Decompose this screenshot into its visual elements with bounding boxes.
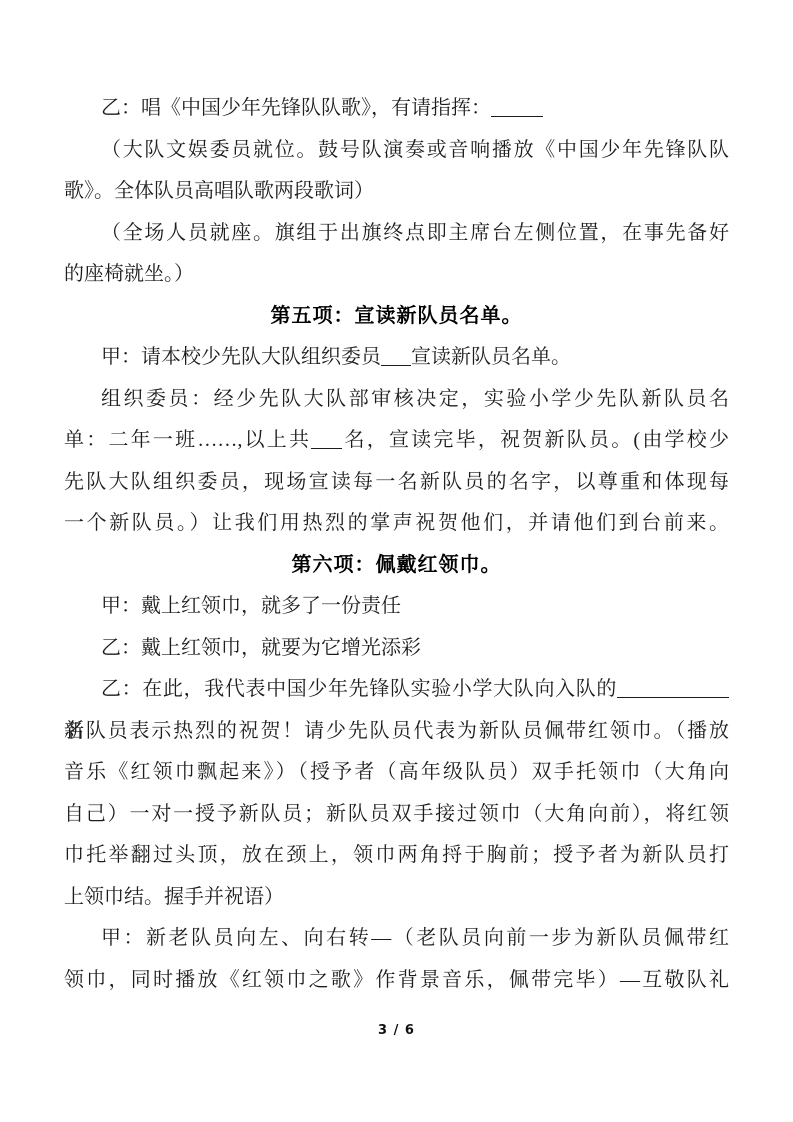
text-line: 自己）一对一授予新队员；新队员双手接过领巾（大角向前），将红领 bbox=[64, 794, 729, 836]
document-body: 乙：唱《中国少年先锋队队歌》，有请指挥：（大队文娱委员就位。鼓号队演奏或音响播放… bbox=[0, 0, 793, 1001]
text-line: 甲：戴上红领巾，就多了一份责任 bbox=[64, 586, 729, 628]
text-run: 自己）一对一授予新队员；新队员双手接过领巾（大角向前），将红领 bbox=[64, 803, 729, 825]
text-run: 上领巾结。握手并祝语） bbox=[64, 886, 284, 908]
text-run: 组织委员：经少先队大队部审核决定，实验小学少先队新队员名 bbox=[101, 388, 729, 410]
fill-in-blank bbox=[491, 102, 543, 117]
text-line: 巾托举翻过头顶，放在颈上，领巾两角捋于胸前；授予者为新队员打 bbox=[64, 835, 729, 877]
text-run: 名，宣读完毕，祝贺新队员。(由学校少 bbox=[342, 429, 729, 451]
text-run: 领巾，同时播放《红领巾之歌》作背景音乐，佩带完毕）—互敬队礼 bbox=[64, 969, 729, 991]
text-run: （大队文娱委员就位。鼓号队演奏或音响播放《中国少年先锋队队 bbox=[101, 139, 729, 161]
fill-in-blank bbox=[381, 351, 411, 366]
section-heading: 第五项：宣读新队员名单。 bbox=[64, 296, 729, 338]
text-line: 乙：戴上红领巾，就要为它增光添彩 bbox=[64, 628, 729, 670]
text-line: 单：二年一班……,以上共名，宣读完毕，祝贺新队员。(由学校少 bbox=[64, 420, 729, 462]
text-run: 乙：唱《中国少年先锋队队歌》，有请指挥： bbox=[101, 97, 491, 119]
text-line: 乙：唱《中国少年先锋队队歌》，有请指挥： bbox=[64, 88, 729, 130]
text-run: 新队员表示热烈的祝贺！请少先队员代表为新队员佩带红领巾。（播放 bbox=[64, 720, 729, 742]
text-line: （大队文娱委员就位。鼓号队演奏或音响播放《中国少年先锋队队 bbox=[64, 130, 729, 172]
text-run: 宣读新队员名单。 bbox=[411, 346, 571, 368]
text-line: 的座椅就坐。） bbox=[64, 254, 729, 296]
text-line: 音乐《红领巾飘起来》）（授予者（高年级队员）双手托领巾（大角向 bbox=[64, 752, 729, 794]
text-run: （全场人员就座。旗组于出旗终点即主席台左侧位置，在事先备好 bbox=[101, 222, 729, 244]
section-heading: 第六项：佩戴红领巾。 bbox=[64, 545, 729, 587]
text-line: 乙：在此，我代表中国少年先锋队实验小学大队向入队的名 bbox=[64, 669, 729, 711]
text-run: 第六项：佩戴红领巾。 bbox=[292, 554, 502, 576]
text-line: 上领巾结。握手并祝语） bbox=[64, 877, 729, 919]
text-run: 乙：戴上红领巾，就要为它增光添彩 bbox=[101, 637, 421, 659]
text-run: 音乐《红领巾飘起来》）（授予者（高年级队员）双手托领巾（大角向 bbox=[64, 761, 729, 783]
text-line: 先队大队组织委员，现场宣读每一名新队员的名字，以尊重和体现每 bbox=[64, 462, 729, 504]
text-line: 甲：新老队员向左、向右转—（老队员向前一步为新队员佩带红 bbox=[64, 918, 729, 960]
text-run: 甲：新老队员向左、向右转—（老队员向前一步为新队员佩带红 bbox=[101, 927, 729, 949]
text-run: 巾托举翻过头顶，放在颈上，领巾两角捋于胸前；授予者为新队员打 bbox=[64, 844, 729, 866]
text-line: 一个新队员。）让我们用热烈的掌声祝贺他们，并请他们到台前来。 bbox=[64, 503, 729, 545]
text-run: 第五项：宣读新队员名单。 bbox=[271, 305, 523, 327]
text-line: 新队员表示热烈的祝贺！请少先队员代表为新队员佩带红领巾。（播放 bbox=[64, 711, 729, 753]
text-line: 歌》。全体队员高唱队歌两段歌词） bbox=[64, 171, 729, 213]
document-page: 乙：唱《中国少年先锋队队歌》，有请指挥：（大队文娱委员就位。鼓号队演奏或音响播放… bbox=[0, 0, 793, 1122]
text-run: 单：二年一班……,以上共 bbox=[64, 429, 311, 451]
text-run: 甲：请本校少先队大队组织委员 bbox=[101, 346, 381, 368]
text-line: 领巾，同时播放《红领巾之歌》作背景音乐，佩带完毕）—互敬队礼 bbox=[64, 960, 729, 1002]
text-line: （全场人员就座。旗组于出旗终点即主席台左侧位置，在事先备好 bbox=[64, 213, 729, 255]
text-run: 甲：戴上红领巾，就多了一份责任 bbox=[101, 595, 401, 617]
text-run: 先队大队组织委员，现场宣读每一名新队员的名字，以尊重和体现每 bbox=[64, 471, 729, 493]
page-number: 3 / 6 bbox=[0, 1021, 793, 1041]
fill-in-blank bbox=[311, 434, 342, 449]
text-line: 甲：请本校少先队大队组织委员宣读新队员名单。 bbox=[64, 337, 729, 379]
text-run: 一个新队员。）让我们用热烈的掌声祝贺他们，并请他们到台前来。 bbox=[64, 512, 729, 534]
text-run: 乙：在此，我代表中国少年先锋队实验小学大队向入队的 bbox=[101, 678, 617, 700]
fill-in-blank bbox=[617, 683, 729, 698]
text-run: 歌》。全体队员高唱队歌两段歌词） bbox=[64, 180, 374, 202]
text-line: 组织委员：经少先队大队部审核决定，实验小学少先队新队员名 bbox=[64, 379, 729, 421]
text-run: 的座椅就坐。） bbox=[64, 263, 194, 285]
